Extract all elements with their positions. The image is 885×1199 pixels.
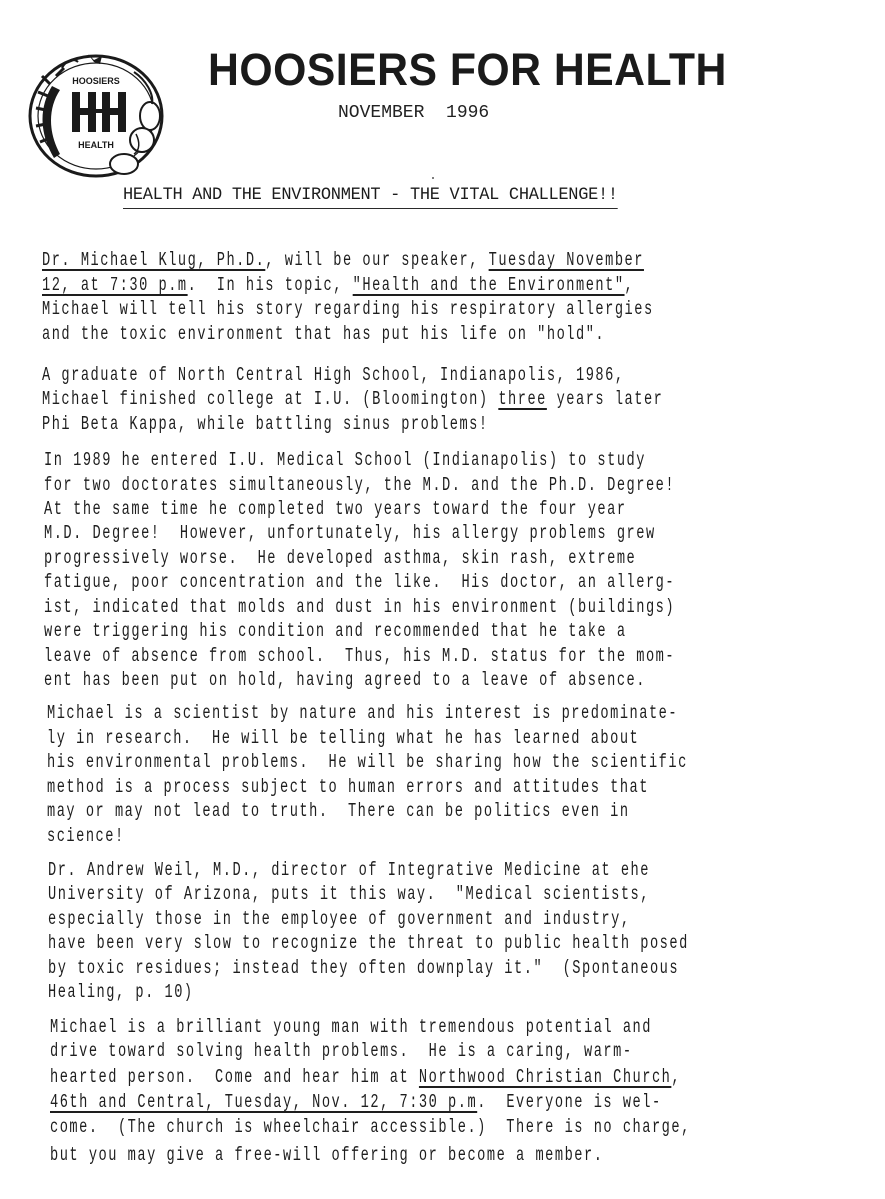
text-run: method is a process subject to human err… bbox=[47, 776, 649, 798]
text-run: ent has been put on hold, having agreed … bbox=[44, 669, 646, 691]
text-line: his environmental problems. He will be s… bbox=[47, 750, 688, 774]
text-run: At the same time he completed two years … bbox=[44, 498, 627, 520]
text-line: Dr. Michael Klug, Ph.D., will be our spe… bbox=[42, 248, 644, 272]
text-line: may or may not lead to truth. There can … bbox=[47, 799, 630, 823]
text-line: method is a process subject to human err… bbox=[47, 775, 649, 799]
text-run: years later bbox=[547, 388, 664, 410]
text-line: In 1989 he entered I.U. Medical School (… bbox=[44, 448, 646, 472]
text-line: progressively worse. He developed asthma… bbox=[44, 546, 636, 570]
underlined-text: "Health and the Environment" bbox=[353, 274, 625, 296]
text-run: . In his topic, bbox=[188, 274, 353, 296]
text-run: drive toward solving health problems. He… bbox=[50, 1040, 633, 1062]
text-line: by toxic residues; instead they often do… bbox=[48, 956, 679, 980]
text-run: Michael is a brilliant young man with tr… bbox=[50, 1016, 652, 1038]
text-line: come. (The church is wheelchair accessib… bbox=[50, 1115, 691, 1139]
text-run: Healing, p. 10) bbox=[48, 981, 194, 1003]
text-run: . Everyone is wel- bbox=[477, 1091, 661, 1113]
text-line: for two doctorates simultaneously, the M… bbox=[44, 473, 675, 497]
text-line: University of Arizona, puts it this way.… bbox=[48, 882, 650, 906]
text-line: fatigue, poor concentration and the like… bbox=[44, 570, 675, 594]
text-run: and the toxic environment that has put h… bbox=[42, 323, 605, 345]
text-run: ist, indicated that molds and dust in hi… bbox=[44, 596, 675, 618]
text-run: Michael finished college at I.U. (Bloomi… bbox=[42, 388, 498, 410]
text-run: by toxic residues; instead they often do… bbox=[48, 957, 679, 979]
text-line: 12, at 7:30 p.m. In his topic, "Health a… bbox=[42, 273, 634, 297]
text-line: Phi Beta Kappa, while battling sinus pro… bbox=[42, 412, 489, 436]
text-line: Michael will tell his story regarding hi… bbox=[42, 297, 654, 321]
underlined-text: 12, at 7:30 p.m bbox=[42, 274, 188, 296]
text-line: were triggering his condition and recomm… bbox=[44, 619, 627, 643]
text-line: but you may give a free-will offering or… bbox=[50, 1143, 603, 1167]
text-run: for two doctorates simultaneously, the M… bbox=[44, 474, 675, 496]
text-run: Dr. Andrew Weil, M.D., director of Integ… bbox=[48, 859, 650, 881]
underlined-text: Dr. Michael Klug, Ph.D. bbox=[42, 249, 265, 271]
newsletter-page: HOOSIERS HEALTH HOOSIERS FOR HEALTH NOVE… bbox=[0, 0, 885, 1199]
text-line: ent has been put on hold, having agreed … bbox=[44, 668, 646, 692]
article-headline: HEALTH AND THE ENVIRONMENT - THE VITAL C… bbox=[123, 185, 618, 209]
issue-date: NOVEMBER 1996 bbox=[338, 103, 489, 123]
text-line: science! bbox=[47, 824, 125, 848]
text-line: 46th and Central, Tuesday, Nov. 12, 7:30… bbox=[50, 1090, 662, 1114]
text-run: may or may not lead to truth. There can … bbox=[47, 800, 630, 822]
text-run: ly in research. He will be telling what … bbox=[47, 727, 639, 749]
text-run: A graduate of North Central High School,… bbox=[42, 364, 625, 386]
text-run: , bbox=[625, 274, 635, 296]
text-line: leave of absence from school. Thus, his … bbox=[44, 644, 675, 668]
text-line: At the same time he completed two years … bbox=[44, 497, 627, 521]
newsletter-title: HOOSIERS FOR HEALTH bbox=[208, 44, 712, 96]
text-line: have been very slow to recognize the thr… bbox=[48, 931, 689, 955]
text-line: ly in research. He will be telling what … bbox=[47, 726, 639, 750]
text-line: especially those in the employee of gove… bbox=[48, 907, 631, 931]
text-line: ist, indicated that molds and dust in hi… bbox=[44, 595, 675, 619]
underlined-text: three bbox=[498, 388, 547, 410]
text-run: hearted person. Come and hear him at bbox=[50, 1066, 419, 1088]
text-run: especially those in the employee of gove… bbox=[48, 908, 631, 930]
scan-speck bbox=[432, 177, 434, 179]
text-run: but you may give a free-will offering or… bbox=[50, 1144, 603, 1166]
text-line: and the toxic environment that has put h… bbox=[42, 322, 605, 346]
text-line: Michael is a brilliant young man with tr… bbox=[50, 1015, 652, 1039]
text-line: drive toward solving health problems. He… bbox=[50, 1039, 633, 1063]
text-run: come. (The church is wheelchair accessib… bbox=[50, 1116, 691, 1138]
text-run: leave of absence from school. Thus, his … bbox=[44, 645, 675, 667]
text-line: A graduate of North Central High School,… bbox=[42, 363, 625, 387]
svg-text:HOOSIERS: HOOSIERS bbox=[72, 76, 120, 86]
text-run: M.D. Degree! However, unfortunately, his… bbox=[44, 522, 656, 544]
text-line: Michael is a scientist by nature and his… bbox=[47, 701, 678, 725]
text-line: Healing, p. 10) bbox=[48, 980, 194, 1004]
text-run: , bbox=[671, 1066, 681, 1088]
underlined-text: Tuesday November bbox=[489, 249, 644, 271]
text-run: Michael will tell his story regarding hi… bbox=[42, 298, 654, 320]
underlined-text: Northwood Christian Church bbox=[419, 1066, 671, 1088]
text-run: science! bbox=[47, 825, 125, 847]
text-run: fatigue, poor concentration and the like… bbox=[44, 571, 675, 593]
text-run: In 1989 he entered I.U. Medical School (… bbox=[44, 449, 646, 471]
text-run: his environmental problems. He will be s… bbox=[47, 751, 688, 773]
text-line: hearted person. Come and hear him at Nor… bbox=[50, 1065, 681, 1089]
text-run: Michael is a scientist by nature and his… bbox=[47, 702, 678, 724]
text-run: have been very slow to recognize the thr… bbox=[48, 932, 689, 954]
text-run: Phi Beta Kappa, while battling sinus pro… bbox=[42, 413, 489, 435]
text-run: progressively worse. He developed asthma… bbox=[44, 547, 636, 569]
underlined-text: 46th and Central, Tuesday, Nov. 12, 7:30… bbox=[50, 1091, 477, 1113]
svg-text:HEALTH: HEALTH bbox=[78, 140, 114, 150]
text-line: M.D. Degree! However, unfortunately, his… bbox=[44, 521, 656, 545]
text-line: Dr. Andrew Weil, M.D., director of Integ… bbox=[48, 858, 650, 882]
text-run: were triggering his condition and recomm… bbox=[44, 620, 627, 642]
text-line: Michael finished college at I.U. (Bloomi… bbox=[42, 387, 663, 411]
text-run: University of Arizona, puts it this way.… bbox=[48, 883, 650, 905]
hoosiers-for-health-logo-icon: HOOSIERS HEALTH bbox=[22, 46, 174, 180]
text-run: , will be our speaker, bbox=[265, 249, 488, 271]
